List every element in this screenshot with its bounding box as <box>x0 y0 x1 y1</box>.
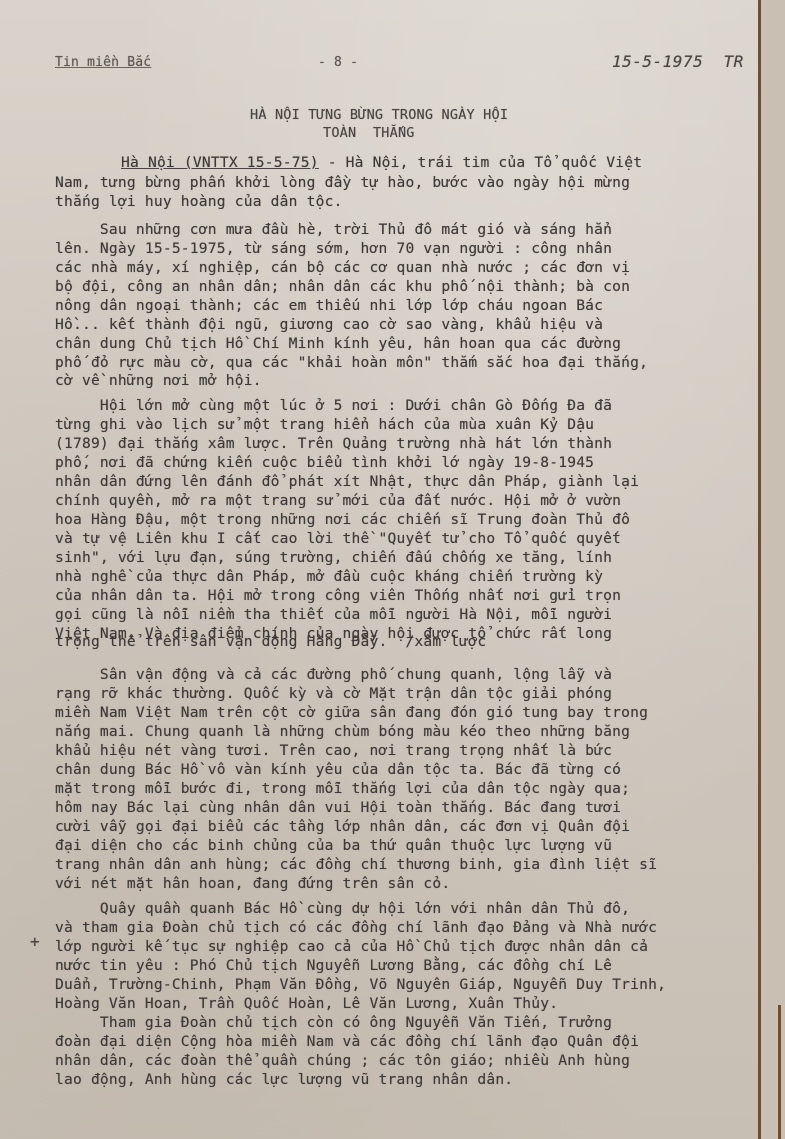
paragraph-3-line-2: từng ghi vào lịch sử một trang hiển hách… <box>55 416 594 433</box>
paragraph-2-line-3: các nhà máy, xí nghiệp, cán bộ các cơ qu… <box>55 259 630 276</box>
paragraph-3-line-7: hoa Hàng Đậu, một trong những nơi các ch… <box>55 511 630 528</box>
paragraph-3-line-1: Hội lớn mở cùng một lúc ở 5 nơi : Dưới c… <box>55 397 612 414</box>
lead-line-2: Nam, tưng bừng phấn khởi lòng đầy tự hào… <box>55 174 630 191</box>
lead-line-3: thắng lợi huy hoàng của dân tộc. <box>55 193 343 210</box>
paragraph-5-line-5: Duẩn, Trường-Chinh, Phạm Văn Đồng, Võ Ng… <box>55 976 666 993</box>
paragraph-3-line-14: trọng thể trên sân vận động Hàng Đẫy. /x… <box>55 633 486 650</box>
page-number: - 8 - <box>318 55 358 70</box>
paragraph-4-line-11: trang nhân dân anh hùng; các đồng chí th… <box>55 856 657 873</box>
dateline: Hà Nội (VNTTX 15-5-75) <box>121 154 319 171</box>
paragraph-5-line-9: nhân dân, các đoàn thể quần chúng ; các … <box>55 1052 630 1069</box>
paragraph-4-line-2: rạng rỡ khác thường. Quốc kỳ và cờ Mặt t… <box>55 685 612 702</box>
paragraph-2-line-5: nông dân ngoại thành; các em thiếu nhi l… <box>55 297 603 314</box>
paragraph-4-line-5: khẩu hiệu nét vàng tươi. Trên cao, nơi t… <box>55 742 612 759</box>
paragraph-2-line-6: Hồ... kết thành đội ngũ, giương cao cờ s… <box>55 316 603 333</box>
paragraph-5-line-1: Quây quần quanh Bác Hồ cùng dự hội lớn v… <box>55 900 630 917</box>
paragraph-3-line-6: chính quyền, mở ra một trang sử mới của … <box>55 492 621 509</box>
article-title-line-2: TOÀN THẮNG <box>323 125 415 141</box>
article-title-line-1: HÀ NỘI TƯNG BỪNG TRONG NGÀY HỘI <box>250 107 508 123</box>
paragraph-3-line-10: nhà nghề của thực dân Pháp, mở đầu cuộc … <box>55 568 603 585</box>
paragraph-5-line-4: nước tin yêu : Phó Chủ tịch Nguyễn Lương… <box>55 957 612 974</box>
paragraph-3-line-5: nhân dân đứng lên đánh đổ phát xít Nhật,… <box>55 473 639 490</box>
paragraph-4-line-10: đại diện cho các binh chủng của ba thứ q… <box>55 837 612 854</box>
paragraph-3-line-3: (1789) đại thắng xâm lược. Trên Quảng tr… <box>55 435 612 452</box>
paragraph-2-line-7: chân dung Chủ tịch Hồ Chí Minh kính yêu,… <box>55 335 621 352</box>
background-strip <box>761 0 785 1139</box>
paragraph-3-line-11: của nhân dân ta. Hội mở trong công viên … <box>55 587 621 604</box>
paragraph-5-line-2: và tham gia Đoàn chủ tịch có các đồng ch… <box>55 919 657 936</box>
paragraph-2-line-8: phố đỏ rực màu cờ, qua các "khải hoàn mô… <box>55 354 648 371</box>
paragraph-3-line-8: và tự vệ Liên khu I cất cao lời thề "Quy… <box>55 530 621 547</box>
paragraph-5-line-6: Hoàng Văn Hoan, Trần Quốc Hoàn, Lê Văn L… <box>55 995 558 1012</box>
paragraph-2-line-2: lên. Ngày 15-5-1975, từ sáng sớm, hơn 70… <box>55 240 612 257</box>
margin-plus-mark: + <box>30 932 40 951</box>
header-source: Tin miền Bắc <box>55 55 151 70</box>
paragraph-4-line-7: mặt trong mỗi bước đi, trong mỗi thắng l… <box>55 780 630 797</box>
underlying-page-edge <box>778 1005 781 1139</box>
paragraph-5-line-10: lao động, Anh hùng các lực lượng vũ tran… <box>55 1071 513 1088</box>
paragraph-4-line-6: chân dung Bác Hồ vô vàn kính yêu của dân… <box>55 761 621 778</box>
paragraph-4-line-12: với nét mặt hân hoan, đang đứng trên sân… <box>55 875 450 892</box>
typewritten-page: Tin miền Bắc - 8 - 15-5-1975 TR HÀ NỘI T… <box>0 0 760 1139</box>
paragraph-4-line-8: hôm nay Bác lại cùng nhân dân vui Hội to… <box>55 799 621 816</box>
paragraph-4-line-3: miền Nam Việt Nam trên cột cờ giữa sân đ… <box>55 704 648 721</box>
paragraph-4-line-9: cười vẫy gọi đại biểu các tầng lớp nhân … <box>55 818 630 835</box>
paragraph-2-line-9: cờ về những nơi mở hội. <box>55 372 262 389</box>
paragraph-3-line-4: phố, nơi đã chứng kiến cuộc biểu tình kh… <box>55 454 594 471</box>
paragraph-2-line-4: bộ đội, công an nhân dân; nhân dân các k… <box>55 278 630 295</box>
lead-line-1: Hà Nội (VNTTX 15-5-75) - Hà Nội, trái ti… <box>55 154 642 171</box>
paragraph-4-line-4: nắng mai. Chung quanh là những chùm bóng… <box>55 723 630 740</box>
header-date: 15-5-1975 TR <box>612 52 744 71</box>
paragraph-4-line-1: Sân vận động và cả các đường phố chung q… <box>55 666 612 683</box>
paragraph-5-line-8: đoàn đại diện Cộng hòa miền Nam và các đ… <box>55 1033 639 1050</box>
paragraph-5-line-3: lớp người kế tục sự nghiệp cao cả của Hồ… <box>55 938 648 955</box>
paragraph-3-line-12: gọi cũng là nỗi niềm tha thiết của mỗi n… <box>55 606 612 623</box>
paragraph-5-line-7: Tham gia Đoàn chủ tịch còn có ông Nguyễn… <box>55 1014 612 1031</box>
paragraph-2-line-1: Sau những cơn mưa đầu hè, trời Thủ đô má… <box>55 221 612 238</box>
paragraph-3-line-9: sinh", với lựu đạn, súng trường, chiến đ… <box>55 549 612 566</box>
